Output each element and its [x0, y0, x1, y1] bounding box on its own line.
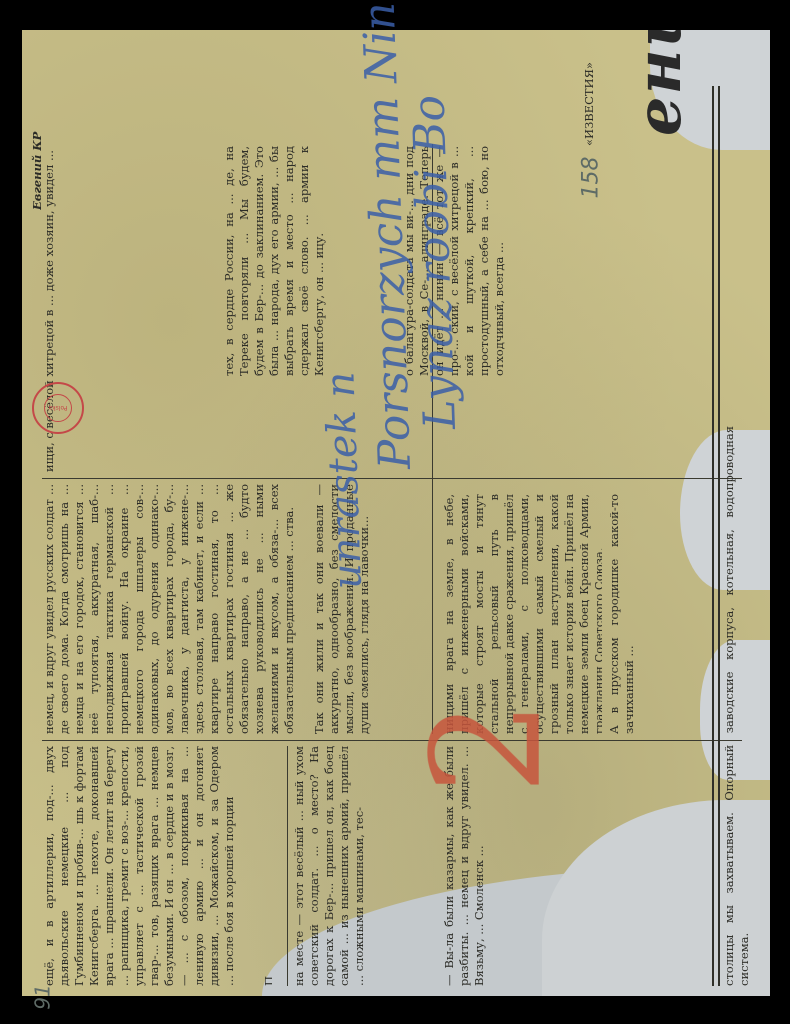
subhead: «ИЗВЕСТИЯ» [582, 36, 602, 146]
column-8: нищими врага на земле, в небе, пришёл с … [442, 494, 602, 734]
column-9: А в прусском городишке какой-то зачиханн… [607, 494, 667, 734]
column-rule [42, 478, 742, 479]
masthead-double-rule [712, 86, 720, 986]
column-2: на месте — этот весёлый ... ный ухом сов… [292, 746, 392, 986]
pencil-page-number: 158 [579, 157, 604, 199]
column-11: Перед ... рост. ... давно нашего бра-...… [262, 976, 272, 986]
stamp-text: Polska [44, 394, 72, 422]
column-rule [42, 740, 742, 741]
red-pencil-mark: 2 [401, 699, 575, 794]
byline: Евгений КР [30, 50, 50, 210]
column-1: ещё, и в артиллерии, под-... двух дьявол… [42, 746, 282, 986]
column-3: немец, и вдруг увидел русских солдат ...… [42, 484, 302, 734]
handwritten-annotation-line3: unrastek n [317, 371, 371, 590]
pencil-folio-number: 91 [31, 984, 55, 1009]
archive-stamp: Polska [32, 382, 84, 434]
masthead-fragment: столицы мы захватываем. Опорный заводски… [722, 426, 762, 986]
column-divider [287, 746, 288, 986]
headline: ение [622, 30, 695, 136]
